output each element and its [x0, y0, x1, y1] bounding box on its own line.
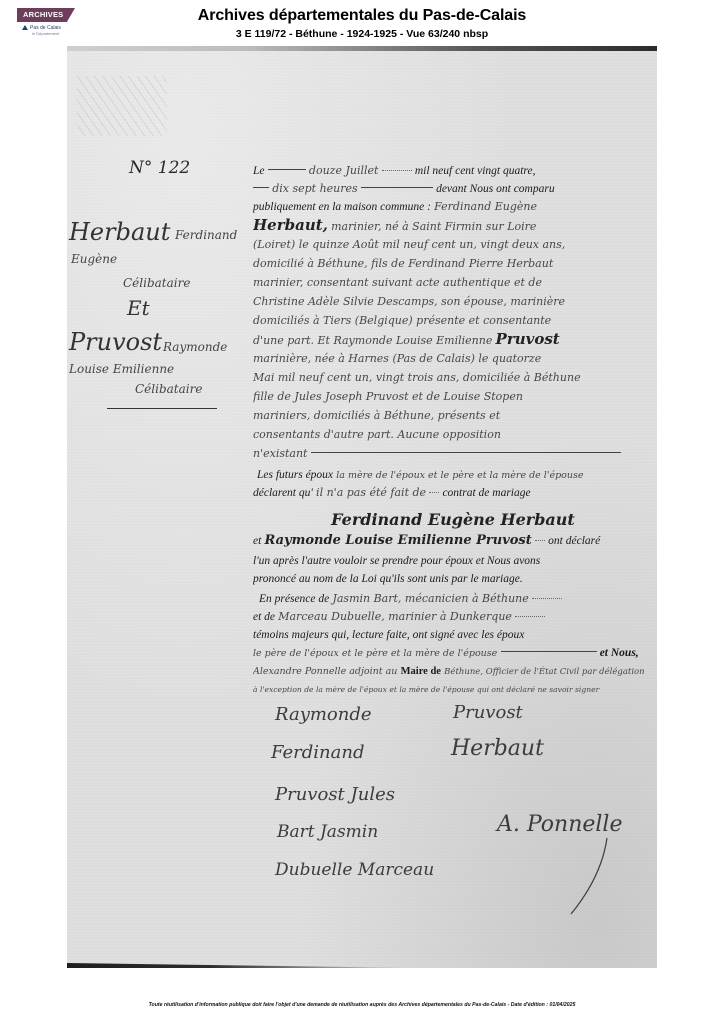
margin-groom-status: Célibataire: [123, 276, 190, 290]
signature: Herbaut: [451, 736, 544, 761]
body-line: marinier, consentant suivant acte authen…: [253, 274, 653, 292]
body-line: publiquement en la maison commune : Ferd…: [253, 198, 653, 216]
body-line: domiciliés à Tiers (Belgique) présente e…: [253, 312, 653, 330]
body-line: domicilié à Béthune, fils de Ferdinand P…: [253, 255, 653, 273]
margin-conjunction: Et: [127, 296, 150, 320]
bride-line: et Raymonde Louise Emilienne Pruvost ont…: [253, 532, 653, 552]
body-line: fille de Jules Joseph Pruvost et de Loui…: [253, 388, 653, 406]
witness-line: à l'exception de la mère de l'époux et l…: [253, 680, 653, 698]
body-line: dix sept heures devant Nous ont comparu: [253, 180, 653, 198]
signature: Dubuelle Marceau: [275, 860, 434, 880]
signature: Bart Jasmin: [277, 822, 378, 842]
body-line: n'existant: [253, 445, 653, 463]
body-line: consentants d'autre part. Aucune opposit…: [253, 426, 653, 444]
contract-line: déclarent qu' il n'a pas été fait de con…: [253, 484, 653, 502]
body-line: Christine Adèle Silvie Descamps, son épo…: [253, 293, 653, 311]
scan-bottom-edge: [67, 963, 421, 968]
document-reference: 3 E 119/72 - Béthune - 1924-1925 - Vue 6…: [0, 28, 724, 40]
scanned-document-image[interactable]: N° 122 Herbaut Ferdinand Eugène Célibata…: [67, 46, 657, 968]
body-line: Le douze Juillet mil neuf cent vingt qua…: [253, 162, 653, 180]
acte-number: N° 122: [129, 158, 190, 178]
margin-bride-first: Raymonde: [163, 340, 227, 354]
groom-full-name: Ferdinand Eugène Herbaut: [253, 508, 653, 532]
declaration-line: l'un après l'autre vouloir se prendre po…: [253, 552, 653, 570]
witness-line: le père de l'époux et le père et la mère…: [253, 644, 653, 662]
margin-bride-surname: Pruvost: [69, 328, 162, 356]
margin-divider: [107, 408, 217, 409]
witness-line: Alexandre Ponnelle adjoint au Maire de B…: [253, 662, 653, 680]
witness-line: et de Marceau Dubuelle, marinier à Dunke…: [253, 608, 653, 626]
page-title: Archives départementales du Pas-de-Calai…: [0, 7, 724, 25]
body-line: mariniers, domiciliés à Béthune, présent…: [253, 407, 653, 425]
signature: Ferdinand: [271, 742, 364, 763]
body-line: Mai mil neuf cent un, vingt trois ans, d…: [253, 369, 653, 387]
margin-bride-status: Célibataire: [135, 382, 202, 396]
margin-bride-second: Louise Emilienne: [69, 362, 174, 376]
scan-top-edge: [67, 46, 657, 51]
witness-line: témoins majeurs qui, lecture faite, ont …: [253, 626, 653, 644]
witness-line: En présence de Jasmin Bart, mécanicien à…: [253, 590, 653, 608]
signature: Pruvost Jules: [275, 784, 395, 805]
body-line: Herbaut, marinier, né à Saint Firmin sur…: [253, 216, 653, 236]
body-line: (Loiret) le quinze Août mil neuf cent un…: [253, 236, 653, 254]
declaration-line: prononcé au nom de la Loi qu'ils sont un…: [253, 570, 653, 588]
signature-flourish: [567, 836, 617, 916]
contract-line: Les futurs époux la mère de l'époux et l…: [253, 466, 653, 484]
margin-groom-first: Ferdinand: [175, 228, 237, 242]
margin-groom-second: Eugène: [71, 252, 117, 266]
scan-speckle: [77, 76, 167, 136]
body-line: marinière, née à Harnes (Pas de Calais) …: [253, 350, 653, 368]
margin-groom-surname: Herbaut: [69, 218, 170, 246]
signature: A. Ponnelle: [497, 812, 622, 837]
reuse-notice: Toute réutilisation d'information publiq…: [0, 1002, 724, 1008]
signature: Pruvost: [453, 702, 523, 723]
signature: Raymonde: [275, 704, 372, 725]
body-line: d'une part. Et Raymonde Louise Emilienne…: [253, 330, 653, 350]
